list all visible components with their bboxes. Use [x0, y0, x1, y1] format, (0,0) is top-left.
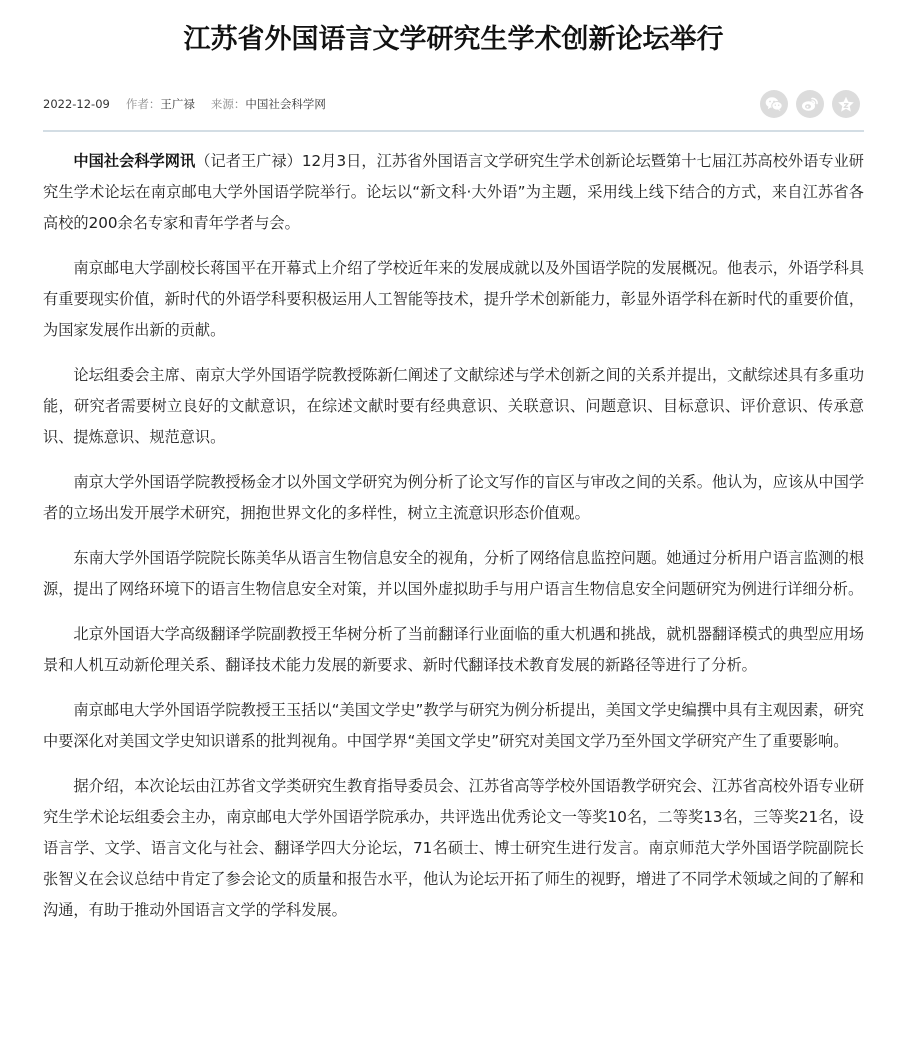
wechat-icon — [765, 96, 783, 112]
author-name: 王广禄 — [160, 97, 195, 111]
source-label: 来源： — [211, 97, 246, 111]
share-bar — [760, 90, 860, 118]
publish-date: 2022-12-09 — [43, 97, 110, 111]
paragraph-2: 南京邮电大学副校长蒋国平在开幕式上介绍了学校近年来的发展成就以及外国语学院的发展… — [43, 253, 864, 346]
paragraph-5: 东南大学外国语学院院长陈美华从语言生物信息安全的视角，分析了网络信息监控问题。她… — [43, 543, 864, 605]
qzone-star-icon — [837, 96, 855, 113]
share-qzone-button[interactable] — [832, 90, 860, 118]
share-weibo-button[interactable] — [796, 90, 824, 118]
paragraph-7: 南京邮电大学外国语学院教授王玉括以“美国文学史”教学与研究为例分析提出，美国文学… — [43, 695, 864, 757]
weibo-icon — [801, 96, 819, 112]
article-title: 江苏省外国语言文学研究生学术创新论坛举行 — [43, 0, 864, 60]
paragraph-1: 中国社会科学网讯（记者王广禄）12月3日，江苏省外国语言文学研究生学术创新论坛暨… — [43, 146, 864, 239]
paragraph-4: 南京大学外国语学院教授杨金才以外国文学研究为例分析了论文写作的盲区与审改之间的关… — [43, 467, 864, 529]
author-label: 作者： — [126, 97, 161, 111]
paragraph-8: 据介绍，本次论坛由江苏省文学类研究生教育指导委员会、江苏省高等学校外国语教学研究… — [43, 771, 864, 926]
source-name: 中国社会科学网 — [245, 97, 326, 111]
dateline: 中国社会科学网讯 — [73, 152, 195, 170]
article: 江苏省外国语言文学研究生学术创新论坛举行 2022-12-09作者：王广禄来源：… — [43, 0, 864, 926]
meta-info: 2022-12-09作者：王广禄来源：中国社会科学网 — [43, 96, 342, 112]
paragraph-6: 北京外国语大学高级翻译学院副教授王华树分析了当前翻译行业面临的重大机遇和挑战，就… — [43, 619, 864, 681]
share-wechat-button[interactable] — [760, 90, 788, 118]
article-body: 中国社会科学网讯（记者王广禄）12月3日，江苏省外国语言文学研究生学术创新论坛暨… — [43, 146, 864, 926]
paragraph-3: 论坛组委会主席、南京大学外国语学院教授陈新仁阐述了文献综述与学术创新之间的关系并… — [43, 360, 864, 453]
article-meta: 2022-12-09作者：王广禄来源：中国社会科学网 — [43, 90, 864, 132]
